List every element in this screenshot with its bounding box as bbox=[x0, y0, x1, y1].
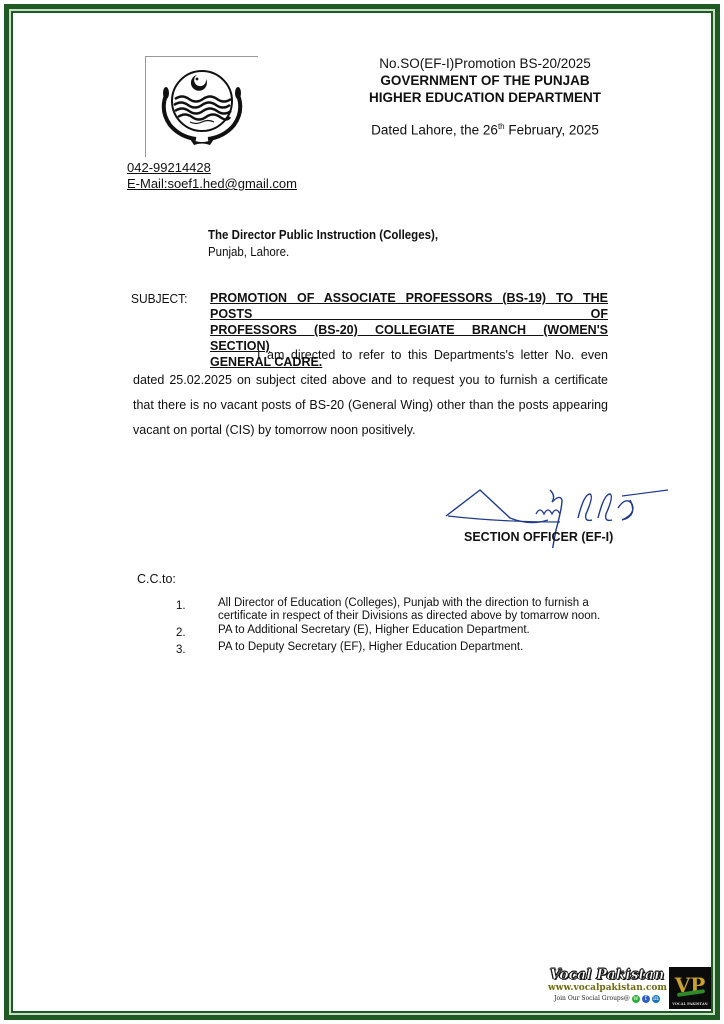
linkedin-icon[interactable]: in bbox=[652, 995, 660, 1003]
letterhead-header: No.SO(EF-I)Promotion BS-20/2025 GOVERNME… bbox=[355, 55, 615, 138]
addressee: The Director Public Instruction (College… bbox=[208, 227, 458, 261]
government-name: GOVERNMENT OF THE PUNJAB bbox=[355, 72, 615, 89]
cc-item: 2. PA to Additional Secretary (E), Highe… bbox=[176, 624, 616, 640]
brand-name: Vocal Pakistan bbox=[548, 968, 666, 983]
whatsapp-icon[interactable]: w bbox=[632, 995, 640, 1003]
letter-date: Dated Lahore, the 26th February, 2025 bbox=[355, 122, 615, 138]
cc-item: 1. All Director of Education (Colleges),… bbox=[176, 597, 616, 623]
letterhead-contact: 042-99214428 E-Mail:soef1.hed@gmail.com bbox=[127, 160, 297, 192]
email-address: E-Mail:soef1.hed@gmail.com bbox=[127, 176, 297, 192]
brand-social: Join Our Social Groups@ w f in bbox=[548, 994, 666, 1004]
punjab-emblem-icon bbox=[150, 59, 254, 155]
department-name: HIGHER EDUCATION DEPARTMENT bbox=[355, 89, 615, 106]
body-paragraph: I am directed to refer to this Departmen… bbox=[133, 343, 608, 443]
subject-label: SUBJECT: bbox=[131, 291, 187, 306]
cc-label: C.C.to: bbox=[137, 572, 176, 586]
cc-item: 3. PA to Deputy Secretary (EF), Higher E… bbox=[176, 641, 616, 657]
vp-logo-icon: VP VOCAL PAKISTAN bbox=[669, 967, 711, 1009]
subject-line-1: PROMOTION OF ASSOCIATE PROFESSORS (BS-19… bbox=[210, 290, 608, 322]
phone-number: 042-99214428 bbox=[127, 160, 297, 176]
letterhead-logo-box bbox=[145, 56, 258, 157]
vocal-pakistan-watermark[interactable]: Vocal Pakistan www.vocalpakistan.com Joi… bbox=[548, 968, 666, 1008]
cc-list: 1. All Director of Education (Colleges),… bbox=[176, 597, 616, 658]
body-paragraph-text: I am directed to refer to this Departmen… bbox=[133, 348, 608, 437]
addressee-line-2: Punjab, Lahore. bbox=[208, 244, 438, 261]
addressee-line-1: The Director Public Instruction (College… bbox=[208, 227, 438, 244]
signatory-title: SECTION OFFICER (EF-I) bbox=[464, 530, 613, 544]
reference-number: No.SO(EF-I)Promotion BS-20/2025 bbox=[355, 55, 615, 72]
facebook-icon[interactable]: f bbox=[642, 995, 650, 1003]
brand-url[interactable]: www.vocalpakistan.com bbox=[548, 983, 666, 994]
